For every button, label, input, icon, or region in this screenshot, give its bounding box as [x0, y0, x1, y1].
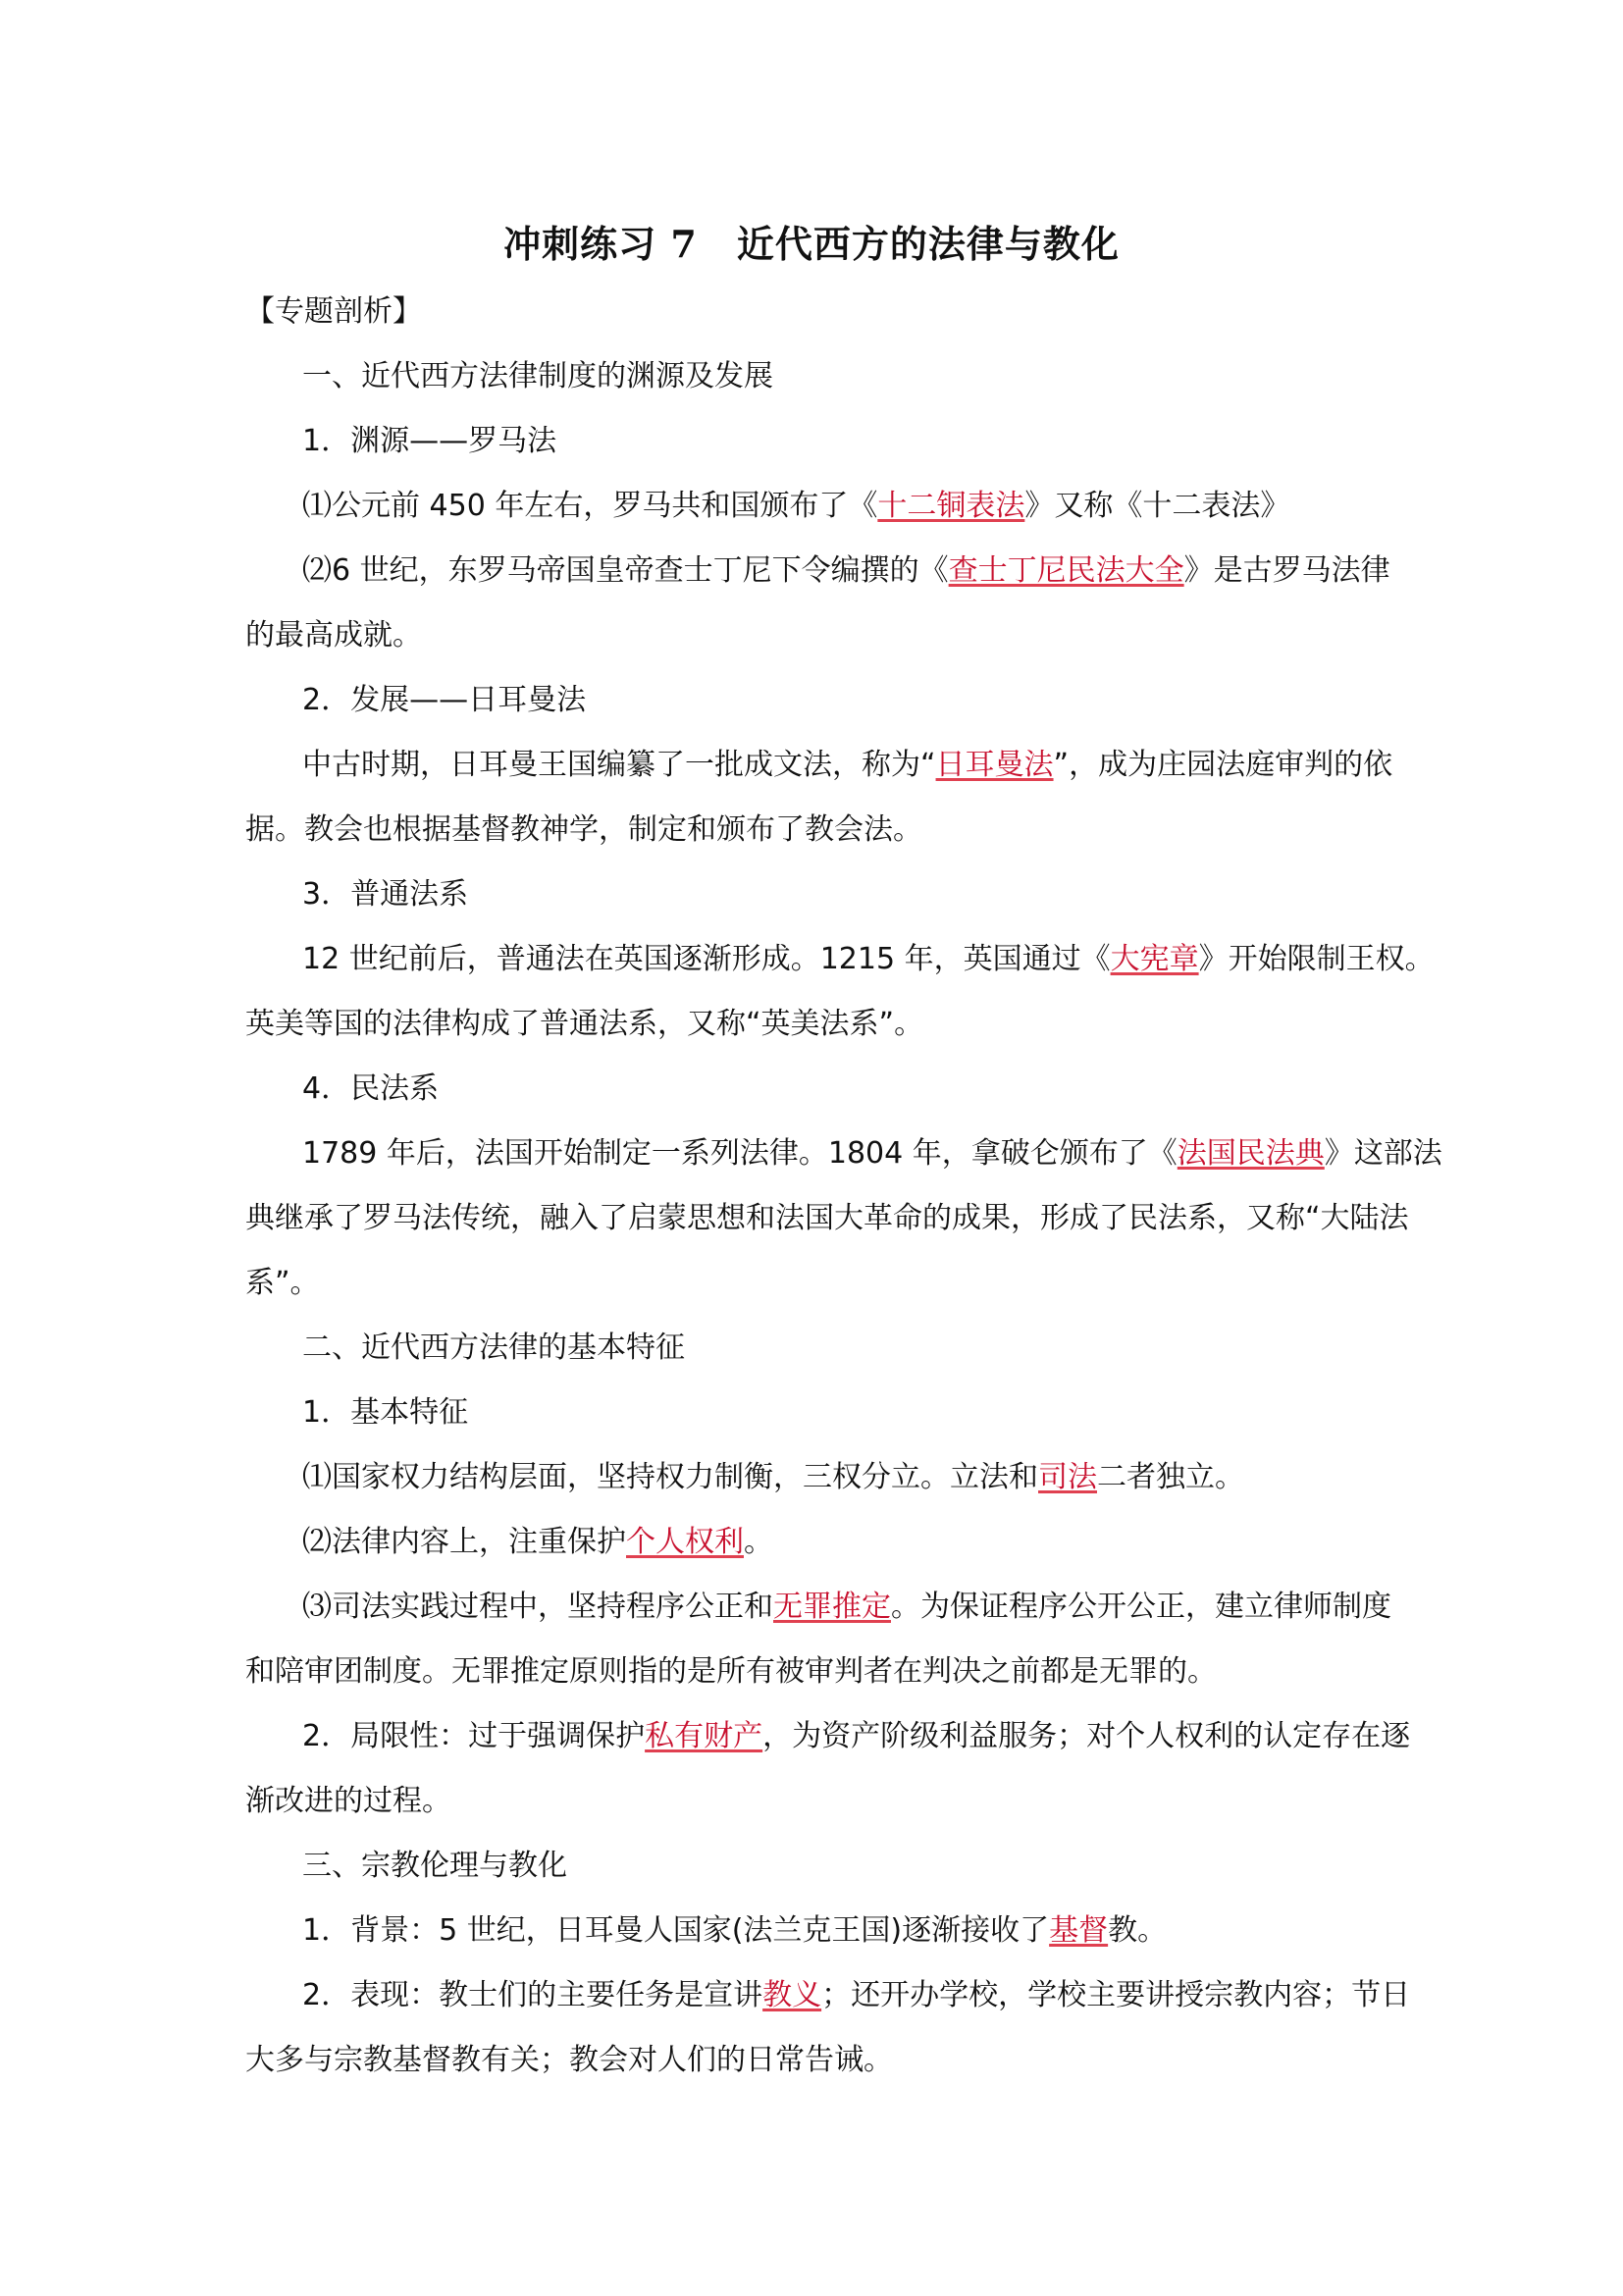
text-line: 1．背景：5 世纪，日耳曼人国家(法兰克王国)逐渐接收了基督教。	[302, 1911, 1167, 1951]
key-term: 查士丁尼民法大全	[949, 553, 1184, 588]
text-segment: ⑵6 世纪，东罗马帝国皇帝查士丁尼下令编撰的《	[302, 553, 949, 588]
text-segment: 渐改进的过程。	[245, 1784, 451, 1818]
text-segment: 英美等国的法律构成了普通法系，又称“英美法系”。	[245, 1007, 923, 1041]
text-segment: 》开始限制王权。	[1199, 942, 1435, 976]
key-term: 个人权利	[626, 1525, 744, 1559]
text-segment: 系”。	[245, 1266, 320, 1300]
text-line: 2．表现：教士们的主要任务是宣讲教义；还开办学校，学校主要讲授宗教内容；节日	[302, 1976, 1410, 2015]
text-line: 和陪审团制度。无罪推定原则指的是所有被审判者在判决之前都是无罪的。	[245, 1652, 1217, 1692]
text-segment: 中古时期，日耳曼王国编纂了一批成文法，称为“	[302, 748, 936, 782]
text-segment: 大多与宗教基督教有关；教会对人们的日常告诫。	[245, 2043, 893, 2077]
text-segment: ⑴国家权力结构层面，坚持权力制衡，三权分立。立法和	[302, 1460, 1038, 1494]
text-segment: 4．民法系	[302, 1071, 439, 1106]
text-line: ⑴公元前 450 年左右，罗马共和国颁布了《十二铜表法》又称《十二表法》	[302, 487, 1289, 526]
text-segment: ；还开办学校，学校主要讲授宗教内容；节日	[821, 1978, 1410, 2012]
text-segment: 12 世纪前后，普通法在英国逐渐形成。1215 年，英国通过《	[302, 942, 1111, 976]
text-segment: 》是古罗马法律	[1184, 553, 1390, 588]
key-term: 无罪推定	[773, 1590, 891, 1624]
text-line: 典继承了罗马法传统，融入了启蒙思想和法国大革命的成果，形成了民法系，又称“大陆法	[245, 1199, 1409, 1238]
text-segment: 教。	[1108, 1913, 1167, 1948]
text-segment: ⑶司法实践过程中，坚持程序公正和	[302, 1590, 773, 1624]
text-segment: ⑴公元前 450 年左右，罗马共和国颁布了《	[302, 489, 877, 523]
text-line: 中古时期，日耳曼王国编纂了一批成文法，称为“日耳曼法”，成为庄园法庭审判的依	[302, 746, 1392, 785]
text-line: 【专题剖析】	[245, 292, 422, 332]
text-line: 1789 年后，法国开始制定一系列法律。1804 年，拿破仑颁布了《法国民法典》…	[302, 1134, 1442, 1174]
text-line: ⑶司法实践过程中，坚持程序公正和无罪推定。为保证程序公开公正，建立律师制度	[302, 1588, 1391, 1627]
key-term: 基督	[1049, 1913, 1108, 1948]
text-segment: 2．局限性：过于强调保护	[302, 1719, 645, 1753]
text-line: 据。教会也根据基督教神学，制定和颁布了教会法。	[245, 810, 922, 850]
text-line: 4．民法系	[302, 1070, 439, 1109]
text-segment: 【专题剖析】	[245, 294, 422, 329]
text-segment: 》这部法	[1325, 1136, 1442, 1171]
key-term: 大宪章	[1111, 942, 1199, 976]
text-line: 渐改进的过程。	[245, 1782, 451, 1821]
text-line: 2．发展——日耳曼法	[302, 681, 586, 720]
text-segment: 2．发展——日耳曼法	[302, 683, 586, 717]
text-segment: 和陪审团制度。无罪推定原则指的是所有被审判者在判决之前都是无罪的。	[245, 1654, 1217, 1689]
text-segment: 二、近代西方法律的基本特征	[302, 1331, 685, 1365]
text-segment: 据。教会也根据基督教神学，制定和颁布了教会法。	[245, 812, 922, 847]
text-segment: 1789 年后，法国开始制定一系列法律。1804 年，拿破仑颁布了《	[302, 1136, 1178, 1171]
page-title: 冲刺练习 7近代西方的法律与教化	[0, 214, 1623, 268]
title-prefix: 冲刺练习 7	[503, 222, 698, 266]
text-line: ⑵6 世纪，东罗马帝国皇帝查士丁尼下令编撰的《查士丁尼民法大全》是古罗马法律	[302, 551, 1390, 591]
text-segment: 一、近代西方法律制度的渊源及发展	[302, 359, 773, 393]
text-line: 的最高成就。	[245, 616, 422, 655]
text-segment: 。为保证程序公开公正，建立律师制度	[891, 1590, 1391, 1624]
text-line: 大多与宗教基督教有关；教会对人们的日常告诫。	[245, 2041, 893, 2080]
text-line: 12 世纪前后，普通法在英国逐渐形成。1215 年，英国通过《大宪章》开始限制王…	[302, 940, 1435, 979]
text-segment: 。	[744, 1525, 773, 1559]
text-segment: 三、宗教伦理与教化	[302, 1849, 567, 1883]
key-term: 教义	[762, 1978, 821, 2012]
key-term: 日耳曼法	[936, 748, 1054, 782]
text-line: 1．渊源——罗马法	[302, 422, 556, 461]
text-segment: 的最高成就。	[245, 618, 422, 652]
key-term: 私有财产	[645, 1719, 762, 1753]
text-line: 三、宗教伦理与教化	[302, 1847, 567, 1886]
text-segment: 1．渊源——罗马法	[302, 424, 556, 458]
text-line: 3．普通法系	[302, 875, 468, 914]
text-line: 英美等国的法律构成了普通法系，又称“英美法系”。	[245, 1005, 923, 1044]
key-term: 十二铜表法	[877, 489, 1024, 523]
text-segment: 2．表现：教士们的主要任务是宣讲	[302, 1978, 762, 2012]
text-segment: 1．背景：5 世纪，日耳曼人国家(法兰克王国)逐渐接收了	[302, 1913, 1049, 1948]
title-main: 近代西方的法律与教化	[737, 222, 1120, 266]
text-segment: ，为资产阶级利益服务；对个人权利的认定存在逐	[762, 1719, 1410, 1753]
text-segment: 典继承了罗马法传统，融入了启蒙思想和法国大革命的成果，形成了民法系，又称“大陆法	[245, 1201, 1409, 1235]
text-segment: ”，成为庄园法庭审判的依	[1054, 748, 1393, 782]
text-line: 2．局限性：过于强调保护私有财产，为资产阶级利益服务；对个人权利的认定存在逐	[302, 1717, 1410, 1756]
key-term: 司法	[1038, 1460, 1097, 1494]
text-segment: ⑵法律内容上，注重保护	[302, 1525, 626, 1559]
text-line: 系”。	[245, 1264, 320, 1303]
text-segment: 二者独立。	[1097, 1460, 1244, 1494]
text-segment: 1．基本特征	[302, 1395, 468, 1430]
text-line: 一、近代西方法律制度的渊源及发展	[302, 357, 773, 396]
text-line: 1．基本特征	[302, 1393, 468, 1433]
text-line: ⑵法律内容上，注重保护个人权利。	[302, 1523, 773, 1562]
text-segment: 3．普通法系	[302, 877, 468, 912]
text-segment: 》又称《十二表法》	[1024, 489, 1289, 523]
text-line: 二、近代西方法律的基本特征	[302, 1329, 685, 1368]
key-term: 法国民法典	[1178, 1136, 1325, 1171]
text-line: ⑴国家权力结构层面，坚持权力制衡，三权分立。立法和司法二者独立。	[302, 1458, 1244, 1497]
